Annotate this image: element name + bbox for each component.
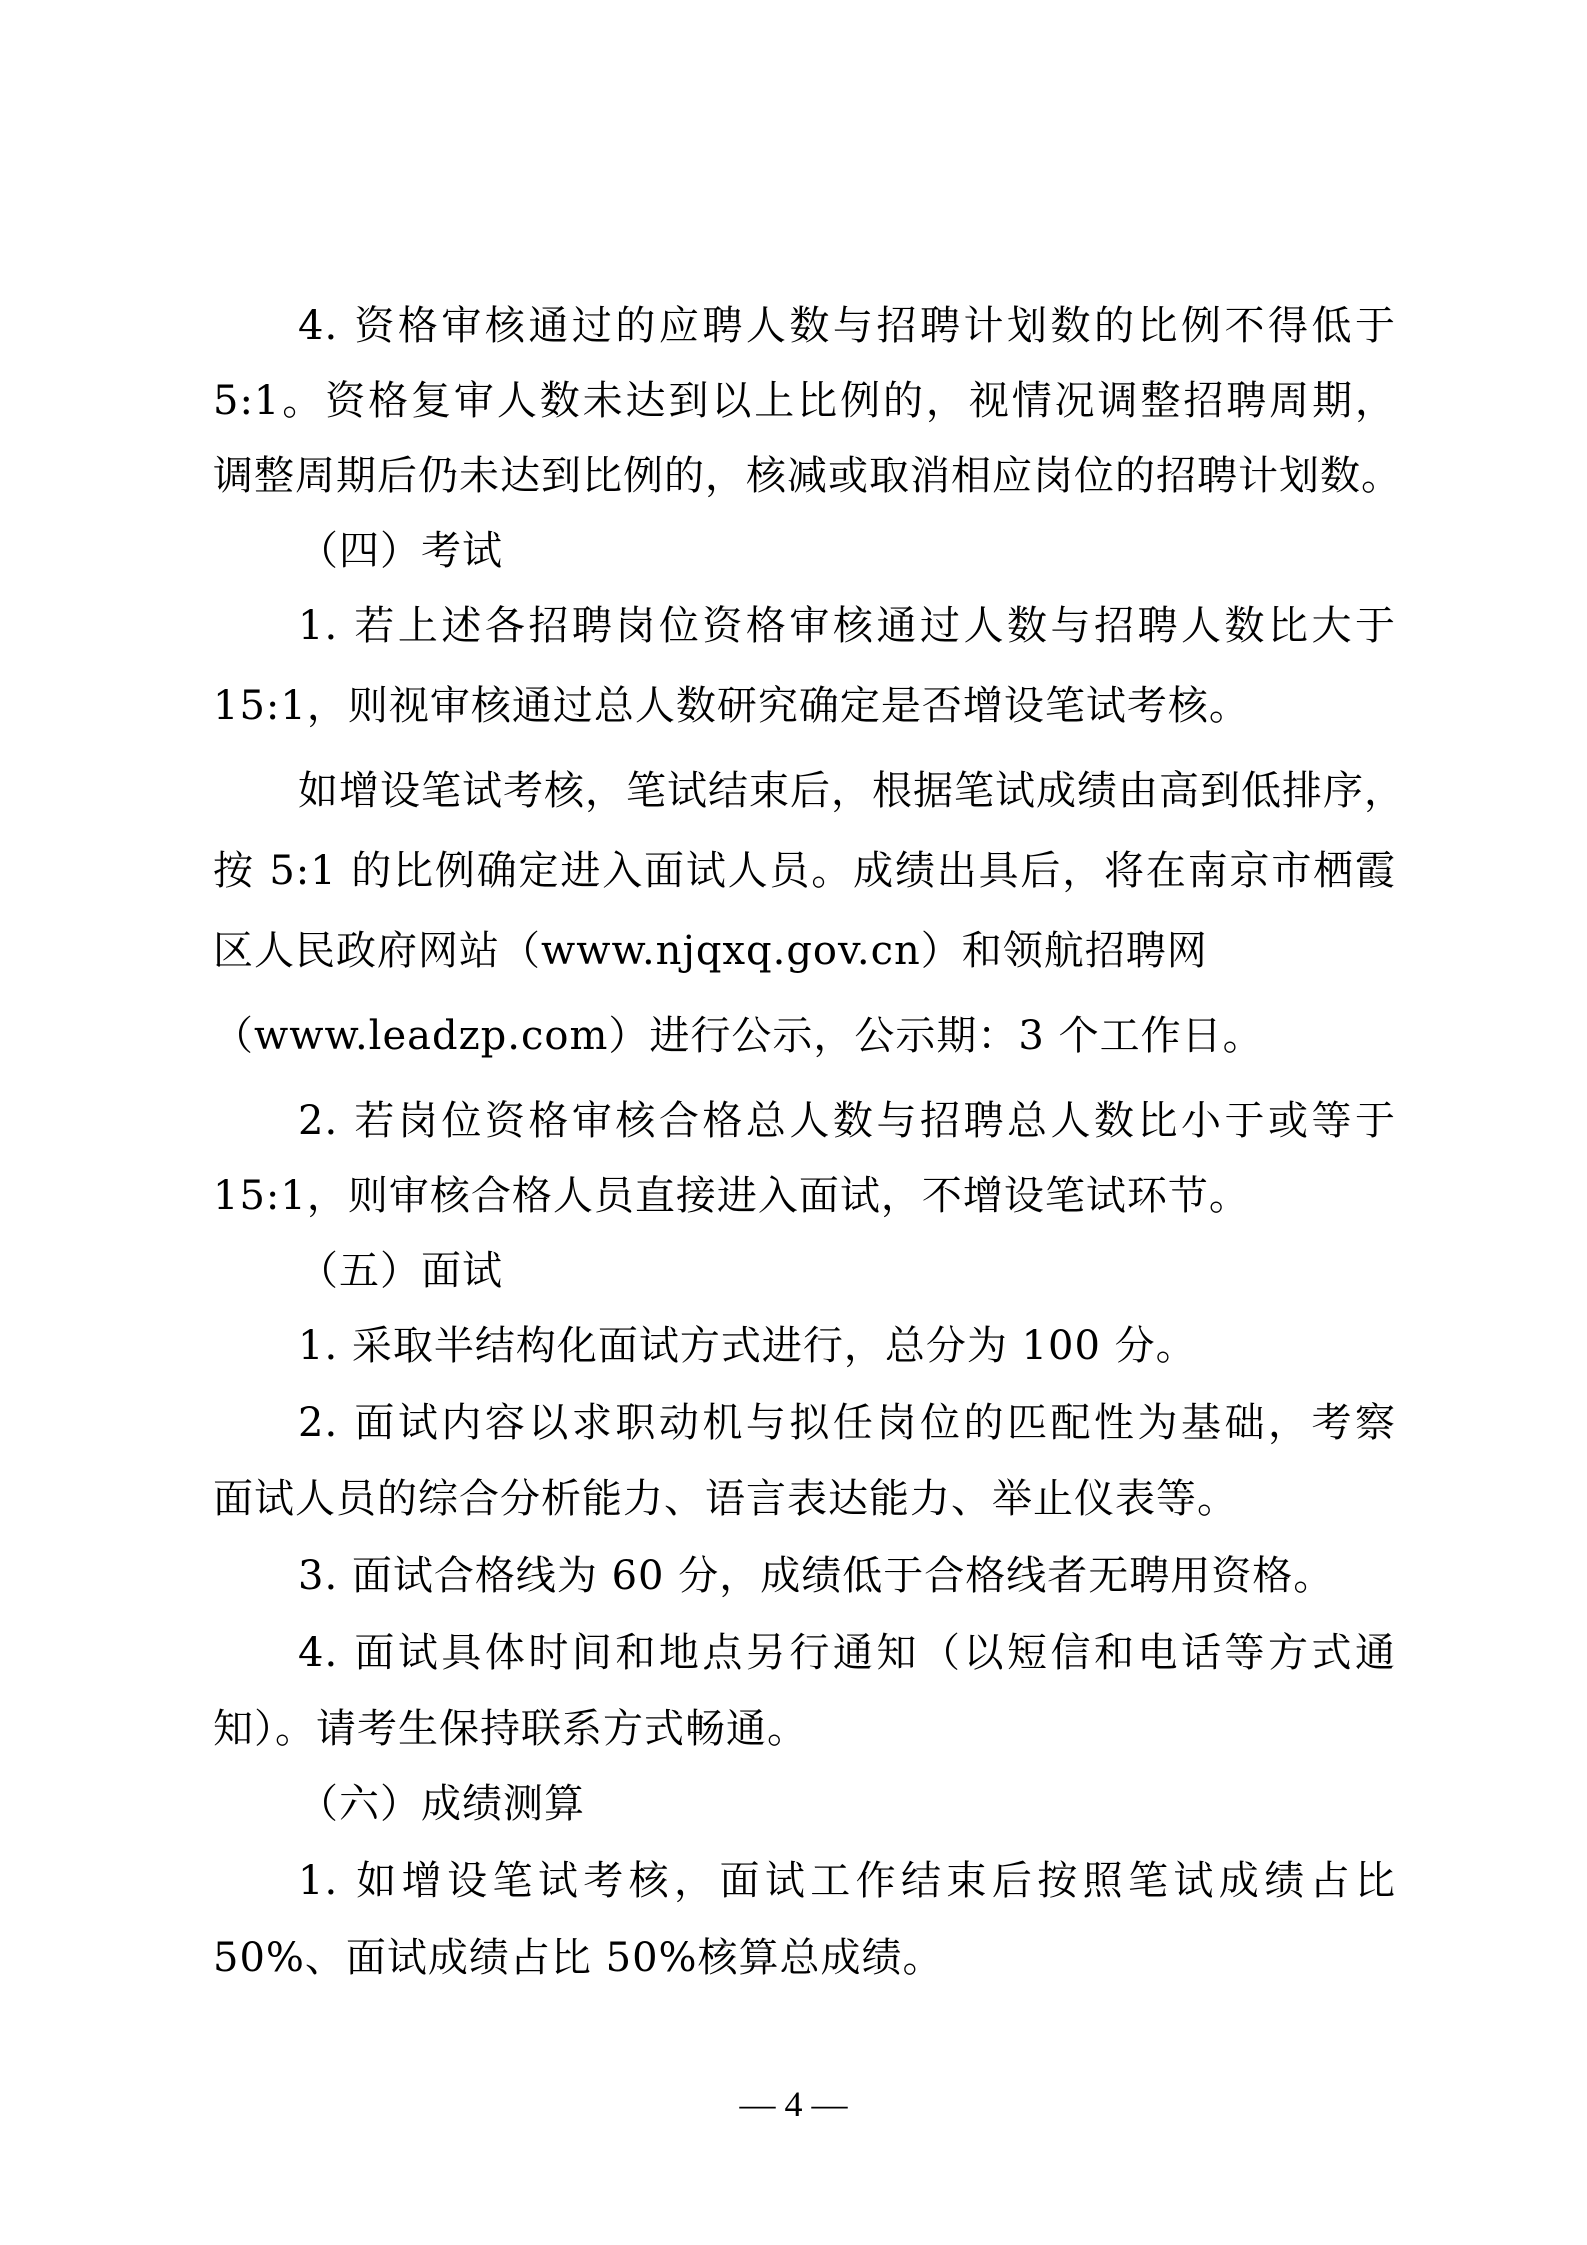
paragraph-line: 4. 资格审核通过的应聘人数与招聘计划数的比例不得低于	[298, 300, 1396, 352]
paragraph-line: 50%、面试成绩占比 50%核算总成绩。	[213, 1932, 1398, 1984]
paragraph-line: 1. 如增设笔试考核，面试工作结束后按照笔试成绩占比	[298, 1855, 1396, 1907]
paragraph-line: （四）考试	[298, 525, 1483, 577]
paragraph-line: 如增设笔试考核，笔试结束后，根据笔试成绩由高到低排序，	[298, 765, 1396, 817]
paragraph-line: 按 5:1 的比例确定进入面试人员。成绩出具后，将在南京市栖霞	[213, 845, 1396, 897]
paragraph-line: 2. 面试内容以求职动机与拟任岗位的匹配性为基础，考察	[298, 1397, 1396, 1449]
paragraph-line: （六）成绩测算	[298, 1778, 1483, 1830]
paragraph-line: 5:1。资格复审人数未达到以上比例的，视情况调整招聘周期，	[213, 375, 1396, 427]
paragraph-line: 面试人员的综合分析能力、语言表达能力、举止仪表等。	[213, 1473, 1398, 1525]
document-page: 4. 资格审核通过的应聘人数与招聘计划数的比例不得低于5:1。资格复审人数未达到…	[0, 0, 1587, 2245]
paragraph-line: 15:1，则审核合格人员直接进入面试，不增设笔试环节。	[213, 1170, 1398, 1222]
paragraph-line: 区人民政府网站（www.njqxq.gov.cn）和领航招聘网	[213, 925, 1398, 977]
paragraph-line: 1. 采取半结构化面试方式进行，总分为 100 分。	[298, 1320, 1483, 1372]
paragraph-line: 知）。请考生保持联系方式畅通。	[213, 1703, 1398, 1755]
paragraph-line: 2. 若岗位资格审核合格总人数与招聘总人数比小于或等于	[298, 1095, 1396, 1147]
paragraph-line: 4. 面试具体时间和地点另行通知（以短信和电话等方式通	[298, 1627, 1396, 1679]
paragraph-line: 调整周期后仍未达到比例的，核减或取消相应岗位的招聘计划数。	[213, 450, 1396, 502]
paragraph-line: 3. 面试合格线为 60 分，成绩低于合格线者无聘用资格。	[298, 1550, 1483, 1602]
paragraph-line: 15:1，则视审核通过总人数研究确定是否增设笔试考核。	[213, 680, 1398, 732]
paragraph-line: 1. 若上述各招聘岗位资格审核通过人数与招聘人数比大于	[298, 600, 1396, 652]
page-number: — 4 —	[0, 2084, 1587, 2124]
paragraph-line: （五）面试	[298, 1245, 1483, 1297]
paragraph-line: （www.leadzp.com）进行公示，公示期：3 个工作日。	[213, 1010, 1398, 1062]
